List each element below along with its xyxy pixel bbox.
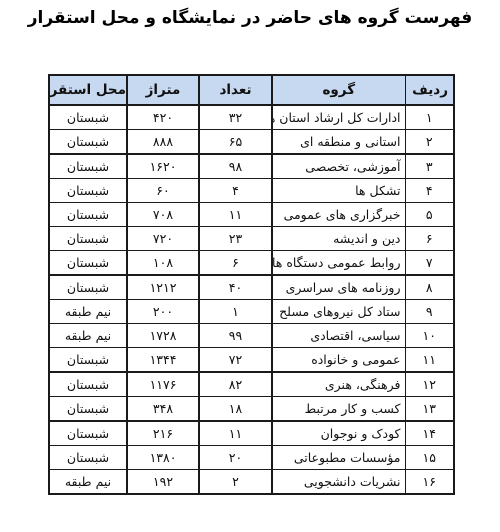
cell-group: تشکل ها bbox=[272, 179, 405, 203]
cell-count: ۲ bbox=[199, 470, 272, 495]
cell-row-number: ۱۱ bbox=[405, 348, 454, 373]
cell-location: شبستان bbox=[49, 421, 127, 446]
cell-row-number: ۸ bbox=[405, 275, 454, 300]
cell-group: استانی و منطقه ای bbox=[272, 130, 405, 155]
cell-row-number: ۱۵ bbox=[405, 446, 454, 470]
cell-group: نشریات دانشجویی bbox=[272, 470, 405, 495]
cell-location: نیم طبقه bbox=[49, 470, 127, 495]
table-row: ۵خبرگزاری های عمومی۱۱۷۰۸شبستان bbox=[49, 203, 454, 227]
cell-count: ۴ bbox=[199, 179, 272, 203]
cell-location: شبستان bbox=[49, 154, 127, 179]
cell-row-number: ۶ bbox=[405, 227, 454, 251]
cell-row-number: ۹ bbox=[405, 300, 454, 324]
cell-row-number: ۲ bbox=[405, 130, 454, 155]
cell-location: شبستان bbox=[49, 275, 127, 300]
cell-area: ۶۰ bbox=[127, 179, 199, 203]
table-row: ۳آموزشی، تخصصی۹۸۱۶۲۰شبستان bbox=[49, 154, 454, 179]
table-row: ۴تشکل ها۴۶۰شبستان bbox=[49, 179, 454, 203]
cell-group: روابط عمومی دستگاه ها bbox=[272, 251, 405, 276]
cell-group: ستاد کل نیروهای مسلح bbox=[272, 300, 405, 324]
cell-location: شبستان bbox=[49, 446, 127, 470]
cell-count: ۱۸ bbox=[199, 397, 272, 422]
cell-row-number: ۵ bbox=[405, 203, 454, 227]
cell-area: ۳۴۸ bbox=[127, 397, 199, 422]
table-row: ۹ستاد کل نیروهای مسلح۱۲۰۰نیم طبقه bbox=[49, 300, 454, 324]
cell-location: نیم طبقه bbox=[49, 324, 127, 348]
cell-row-number: ۱۰ bbox=[405, 324, 454, 348]
cell-location: شبستان bbox=[49, 203, 127, 227]
cell-row-number: ۱۴ bbox=[405, 421, 454, 446]
cell-group: سیاسی، اقتصادی bbox=[272, 324, 405, 348]
cell-count: ۷۲ bbox=[199, 348, 272, 373]
cell-location: شبستان bbox=[49, 179, 127, 203]
cell-count: ۹۸ bbox=[199, 154, 272, 179]
cell-group: کسب و کار مرتبط bbox=[272, 397, 405, 422]
cell-count: ۶۵ bbox=[199, 130, 272, 155]
table-row: ۸روزنامه های سراسری۴۰۱۲۱۲شبستان bbox=[49, 275, 454, 300]
table-row: ۱۱عمومی و خانواده۷۲۱۳۴۴شبستان bbox=[49, 348, 454, 373]
cell-count: ۲۰ bbox=[199, 446, 272, 470]
cell-group: آموزشی، تخصصی bbox=[272, 154, 405, 179]
cell-area: ۸۸۸ bbox=[127, 130, 199, 155]
cell-row-number: ۱۲ bbox=[405, 372, 454, 397]
table-row: ۷روابط عمومی دستگاه ها۶۱۰۸شبستان bbox=[49, 251, 454, 276]
cell-count: ۹۹ bbox=[199, 324, 272, 348]
cell-location: شبستان bbox=[49, 372, 127, 397]
cell-count: ۱ bbox=[199, 300, 272, 324]
header-count: تعداد bbox=[199, 75, 272, 105]
cell-count: ۶ bbox=[199, 251, 272, 276]
cell-area: ۷۲۰ bbox=[127, 227, 199, 251]
cell-row-number: ۱۶ bbox=[405, 470, 454, 495]
cell-group: عمومی و خانواده bbox=[272, 348, 405, 373]
cell-row-number: ۱۳ bbox=[405, 397, 454, 422]
table-row: ۲استانی و منطقه ای۶۵۸۸۸شبستان bbox=[49, 130, 454, 155]
cell-location: شبستان bbox=[49, 348, 127, 373]
cell-group: روزنامه های سراسری bbox=[272, 275, 405, 300]
cell-location: شبستان bbox=[49, 130, 127, 155]
table-row: ۱۶نشریات دانشجویی۲۱۹۲نیم طبقه bbox=[49, 470, 454, 495]
table-row: ۶دین و اندیشه۲۳۷۲۰شبستان bbox=[49, 227, 454, 251]
cell-count: ۳۲ bbox=[199, 105, 272, 130]
cell-area: ۱۶۲۰ bbox=[127, 154, 199, 179]
cell-location: شبستان bbox=[49, 227, 127, 251]
table-row: ۱۳کسب و کار مرتبط۱۸۳۴۸شبستان bbox=[49, 397, 454, 422]
cell-location: شبستان bbox=[49, 251, 127, 276]
cell-area: ۲۱۶ bbox=[127, 421, 199, 446]
header-group: گروه bbox=[272, 75, 405, 105]
cell-row-number: ۴ bbox=[405, 179, 454, 203]
cell-count: ۱۱ bbox=[199, 421, 272, 446]
cell-area: ۱۹۲ bbox=[127, 470, 199, 495]
cell-count: ۲۳ bbox=[199, 227, 272, 251]
cell-area: ۱۳۸۰ bbox=[127, 446, 199, 470]
cell-area: ۴۲۰ bbox=[127, 105, 199, 130]
table-header-row: ردیف گروه تعداد متراژ محل استقرار bbox=[49, 75, 454, 105]
cell-group: ادارات کل ارشاد استان ها bbox=[272, 105, 405, 130]
cell-area: ۲۰۰ bbox=[127, 300, 199, 324]
cell-group: خبرگزاری های عمومی bbox=[272, 203, 405, 227]
cell-area: ۱۱۷۶ bbox=[127, 372, 199, 397]
cell-row-number: ۳ bbox=[405, 154, 454, 179]
cell-group: کودک و نوجوان bbox=[272, 421, 405, 446]
cell-group: دین و اندیشه bbox=[272, 227, 405, 251]
cell-area: ۱۲۱۲ bbox=[127, 275, 199, 300]
cell-group: فرهنگی، هنری bbox=[272, 372, 405, 397]
table-row: ۱ادارات کل ارشاد استان ها۳۲۴۲۰شبستان bbox=[49, 105, 454, 130]
header-row-number: ردیف bbox=[405, 75, 454, 105]
cell-row-number: ۱ bbox=[405, 105, 454, 130]
cell-location: شبستان bbox=[49, 105, 127, 130]
cell-area: ۱۷۲۸ bbox=[127, 324, 199, 348]
table-row: ۱۵مؤسسات مطبوعاتی۲۰۱۳۸۰شبستان bbox=[49, 446, 454, 470]
cell-area: ۷۰۸ bbox=[127, 203, 199, 227]
groups-table: ردیف گروه تعداد متراژ محل استقرار ۱ادارا… bbox=[48, 74, 455, 495]
table-row: ۱۲فرهنگی، هنری۸۲۱۱۷۶شبستان bbox=[49, 372, 454, 397]
page-title: فهرست گروه های حاضر در نمایشگاه و محل اس… bbox=[0, 6, 500, 30]
cell-location: نیم طبقه bbox=[49, 300, 127, 324]
cell-location: شبستان bbox=[49, 397, 127, 422]
cell-row-number: ۷ bbox=[405, 251, 454, 276]
table-row: ۱۰سیاسی، اقتصادی۹۹۱۷۲۸نیم طبقه bbox=[49, 324, 454, 348]
cell-count: ۴۰ bbox=[199, 275, 272, 300]
cell-count: ۸۲ bbox=[199, 372, 272, 397]
cell-area: ۱۳۴۴ bbox=[127, 348, 199, 373]
table-row: ۱۴کودک و نوجوان۱۱۲۱۶شبستان bbox=[49, 421, 454, 446]
cell-area: ۱۰۸ bbox=[127, 251, 199, 276]
header-location: محل استقرار bbox=[49, 75, 127, 105]
cell-count: ۱۱ bbox=[199, 203, 272, 227]
header-area: متراژ bbox=[127, 75, 199, 105]
cell-group: مؤسسات مطبوعاتی bbox=[272, 446, 405, 470]
